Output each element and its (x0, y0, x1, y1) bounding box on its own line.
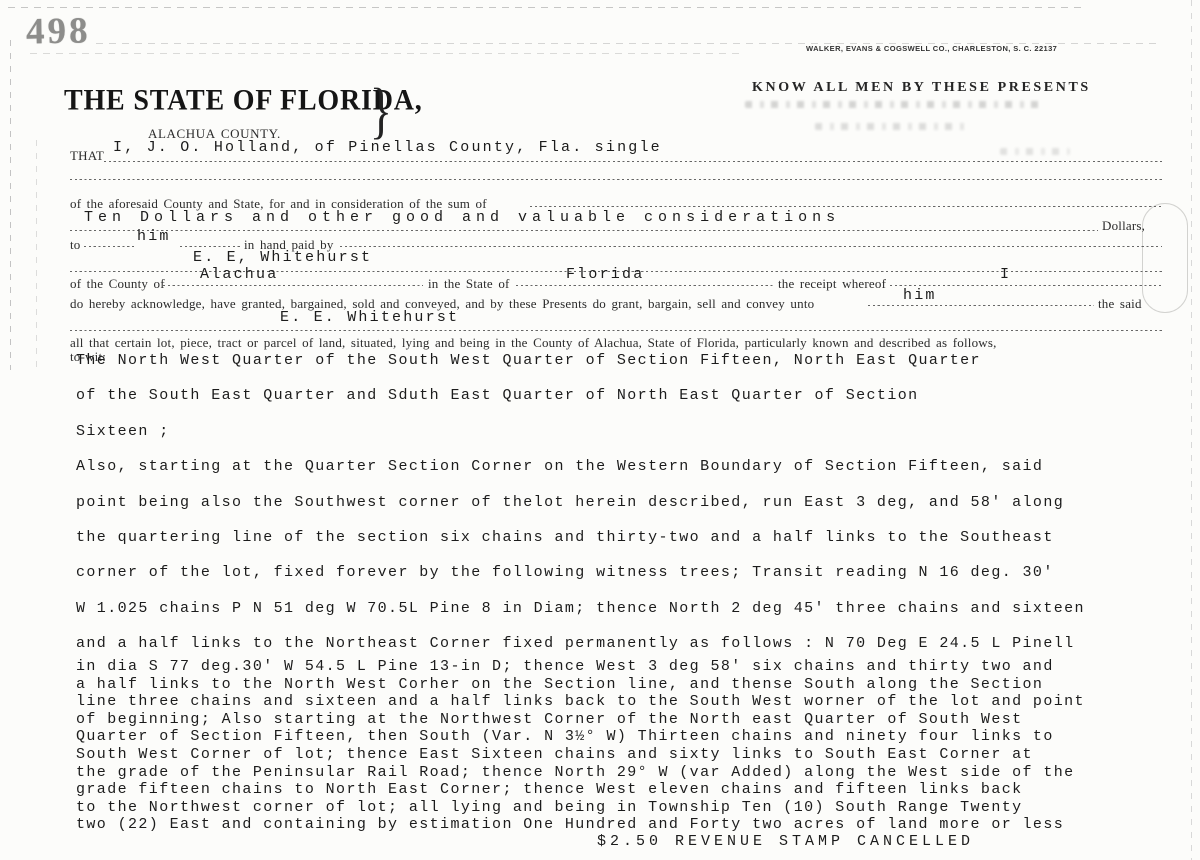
body-line: point being also the Southwest corner of… (76, 494, 1085, 529)
fill-in-rule (70, 179, 1162, 181)
body-line: a half links to the North West Corher on… (76, 676, 1085, 694)
grantor-value: I, J. O. Holland, of Pinellas County, Fl… (113, 139, 662, 156)
fill-in-rule (163, 285, 423, 287)
title-brace: } (370, 80, 392, 142)
page-edge-line (30, 53, 740, 54)
know-all-men-heading: KNOW ALL MEN BY THESE PRESENTS (752, 80, 1091, 96)
body-line: two (22) East and containing by estimati… (76, 816, 1085, 834)
county-of-label: of the County of (70, 276, 165, 292)
body-line: Sixteen ; (76, 423, 1085, 458)
page-left-edge-line (36, 140, 37, 370)
body-line: grade fifteen chains to North East Corne… (76, 781, 1085, 799)
body-line: in dia S 77 deg.30' W 54.5 L Pine 13-in … (76, 658, 1085, 676)
unto-value: him (903, 287, 937, 304)
fill-in-rule (70, 330, 1162, 332)
deed-record-page: 498 WALKER, EVANS & COGSWELL CO., CHARLE… (0, 0, 1200, 860)
body-line: Quarter of Section Fifteen, then South (… (76, 728, 1085, 746)
scan-artifact-oval (1142, 203, 1188, 313)
body-line: The North West Quarter of the South West… (76, 352, 1085, 387)
dollars-label: Dollars, (1102, 218, 1145, 234)
the-said-label: the said (1098, 296, 1142, 312)
body-line: W 1.025 chains P N 51 deg W 70.5L Pine 8… (76, 600, 1085, 635)
bleed-through-artifact (1000, 148, 1070, 155)
page-top-edge-line (8, 7, 1086, 8)
fill-in-rule (180, 246, 240, 248)
consideration-value: Ten Dollars and other good and valuable … (84, 209, 840, 226)
body-line: South West Corner of lot; thence East Si… (76, 746, 1085, 764)
page-right-edge-line (1191, 0, 1192, 860)
deed-body-double-spaced: The North West Quarter of the South West… (76, 352, 1085, 671)
description-intro: all that certain lot, piece, tract or pa… (70, 335, 997, 351)
body-line: Also, starting at the Quarter Section Co… (76, 458, 1085, 493)
fill-in-rule (70, 230, 1098, 232)
bleed-through-artifact (815, 123, 970, 130)
to-label: to (70, 237, 81, 253)
body-line: the quartering line of the section six c… (76, 529, 1085, 564)
receipt-label: the receipt whereof (778, 276, 886, 292)
fill-in-rule (530, 206, 1162, 208)
fill-in-rule (104, 161, 1162, 163)
grantee-value: E. E. Whitehurst (280, 309, 459, 326)
printer-credit: WALKER, EVANS & COGSWELL CO., CHARLESTON… (806, 44, 1057, 53)
body-line: the grade of the Peninsular Rail Road; t… (76, 764, 1085, 782)
fill-in-rule (868, 305, 1094, 307)
state-of-value: Florida (566, 266, 644, 283)
to-value: him (137, 228, 171, 245)
body-line: line three chains and sixteen and a half… (76, 693, 1085, 711)
page-number: 498 (26, 9, 91, 53)
body-line: to the Northwest corner of lot; all lyin… (76, 799, 1085, 817)
page-left-edge-line (10, 40, 11, 370)
that-label: THAT (70, 148, 104, 164)
county-of-value: Alachua (200, 266, 278, 283)
body-line: of the South East Quarter and Sduth East… (76, 387, 1085, 422)
deed-body-single-spaced: in dia S 77 deg.30' W 54.5 L Pine 13-in … (76, 658, 1085, 834)
fill-in-rule (340, 246, 1162, 248)
body-line: corner of the lot, fixed forever by the … (76, 564, 1085, 599)
fill-in-rule (84, 246, 134, 248)
fill-in-rule (516, 285, 774, 287)
bleed-through-artifact (745, 101, 1045, 108)
body-line: of beginning; Also starting at the North… (76, 711, 1085, 729)
receipt-value: I (1000, 266, 1011, 283)
paid-by-value: E. E, Whitehurst (193, 249, 372, 266)
state-of-label: in the State of (428, 276, 510, 292)
revenue-stamp-line: $2.50 REVENUE STAMP CANCELLED (398, 833, 1173, 850)
